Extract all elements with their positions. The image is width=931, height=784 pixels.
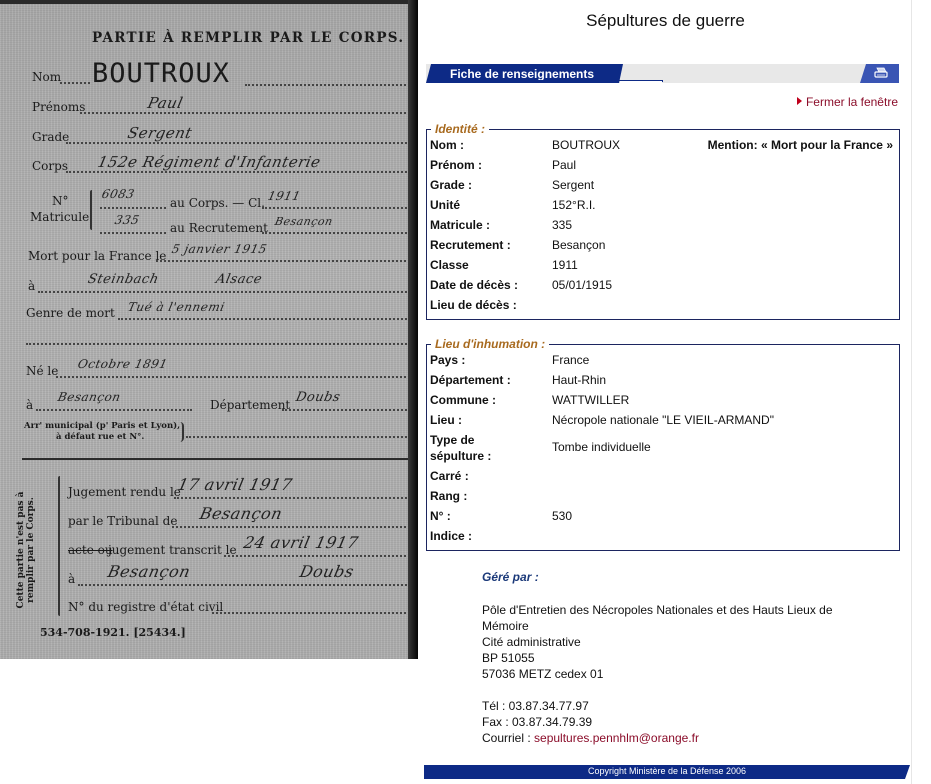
scan-label-ne-a: à [26, 398, 33, 412]
scan-handwritten-date-mort: 5 janvier 1915 [171, 242, 269, 256]
identity-row-prenom: Prénom : Paul [427, 156, 899, 176]
scan-form-number: 534-708-1921. [25434.] [40, 626, 186, 639]
scan-label-arr1: Arr' municipal (p' Paris et Lyon), [24, 421, 180, 431]
scan-label-transcrit: jugement transcrit le [108, 543, 237, 557]
scan-vertical-note: Cette partie n'est pas à remplir par le … [16, 490, 36, 610]
identity-row-grade: Grade : Sergent [427, 176, 899, 196]
scan-handwritten-classe: 1911 [267, 189, 303, 203]
email-link[interactable]: sepultures.pennhlm@orange.fr [534, 731, 699, 745]
burial-row-lieu: Lieu : Nécropole nationale "LE VIEIL-ARM… [427, 411, 899, 431]
scan-label-departement: Département [210, 398, 290, 412]
managed-by-heading: Géré par : [482, 570, 539, 584]
tab-label: Fiche de renseignements [450, 67, 594, 81]
scan-handwritten-corps: 152e Régiment d'Infanterie [96, 153, 322, 171]
copyright-text: Copyright Ministère de la Défense 2006 [424, 766, 910, 776]
identity-row-nom: Nom : BOUTROUX Mention: « Mort pour la F… [427, 136, 899, 156]
scan-label-jugement: Jugement rendu le [68, 485, 181, 499]
phone-number: Tél : 03.87.34.77.97 [482, 698, 902, 714]
panel-border [911, 0, 912, 784]
burial-row-numero: N° : 530 [427, 507, 899, 527]
managing-organization: Pôle d'Entretien des Nécropoles National… [482, 602, 902, 746]
scan-handwritten-transcrit-date: 24 avril 1917 [242, 533, 360, 552]
scan-label-genre: Genre de mort [26, 306, 115, 320]
scan-label-grade: Grade [32, 130, 69, 144]
burial-row-rang: Rang : [427, 487, 899, 507]
address-line1: Cité administrative [482, 634, 902, 650]
scan-handwritten-jugement-date: 17 avril 1917 [176, 475, 294, 494]
identity-row-lieu-deces: Lieu de décès : [427, 296, 899, 316]
scan-label-prenoms: Prénoms [32, 100, 85, 114]
scan-handwritten-region-mort: Alsace [214, 272, 263, 287]
scan-handwritten-departement: Doubs [294, 390, 341, 405]
scan-label-transcrit-struck: acte ou [68, 543, 113, 557]
scan-label-registre: N° du registre d'état civil [68, 600, 223, 614]
burial-row-pays: Pays : France [427, 351, 899, 371]
scan-label-au-recrutement: au Recrutement [170, 221, 268, 235]
scan-handwritten-ne-le: Octobre 1891 [77, 357, 169, 371]
close-window-label: Fermer la fenêtre [806, 95, 898, 109]
scan-label-ne-le: Né le [26, 364, 58, 378]
burial-row-carre: Carré : [427, 467, 899, 487]
fax-number: Fax : 03.87.34.79.39 [482, 714, 902, 730]
email-label: Courriel : [482, 731, 534, 745]
identity-row-date-deces: Date de décès : 05/01/1915 [427, 276, 899, 296]
burial-row-departement: Département : Haut-Rhin [427, 371, 899, 391]
scan-handwritten-genre: Tué à l'ennemi [127, 300, 227, 314]
close-window-link[interactable]: Fermer la fenêtre [797, 95, 898, 109]
scan-handwritten-transcrit-a: Besançon [106, 562, 192, 581]
mention-mort-pour-la-france: Mention: « Mort pour la France » [708, 138, 893, 152]
scan-handwritten-recrutement: Besançon [274, 215, 335, 228]
identity-row-unite: Unité 152°R.I. [427, 196, 899, 216]
scanned-death-record: PARTIE À REMPLIR PAR LE CORPS. Nom BOUTR… [0, 0, 418, 659]
scan-label-nom: Nom [32, 70, 61, 84]
scan-heading: PARTIE À REMPLIR PAR LE CORPS. [92, 30, 404, 46]
identity-row-classe: Classe 1911 [427, 256, 899, 276]
scan-handwritten-lieu-mort: Steinbach [86, 272, 160, 287]
scan-handwritten-ne-a: Besançon [57, 390, 123, 404]
scan-label-tribunal: par le Tribunal de [68, 514, 177, 528]
burial-section: Lieu d'inhumation : Pays : France Départ… [426, 337, 900, 551]
scan-handwritten-prenom: Paul [146, 94, 185, 112]
burial-row-indice: Indice : [427, 527, 899, 547]
scan-label-arr2: à défaut rue et N°. [56, 432, 144, 442]
scan-label-transcrit-a: à [68, 572, 75, 586]
org-name-line1: Pôle d'Entretien des Nécropoles National… [482, 602, 902, 618]
arrow-right-icon [797, 97, 802, 105]
scan-label-corps: Corps [32, 159, 68, 173]
org-name-line2: Mémoire [482, 618, 902, 634]
identity-row-matricule: Matricule : 335 [427, 216, 899, 236]
info-panel: Sépultures de guerre Fiche de renseignem… [420, 0, 911, 784]
page-title: Sépultures de guerre [420, 11, 911, 31]
print-button[interactable] [860, 64, 899, 83]
identity-row-recrutement: Recrutement : Besançon [427, 236, 899, 256]
burial-row-type: Type de sépulture : Tombe individuelle [427, 431, 899, 467]
identity-section: Identité : Nom : BOUTROUX Mention: « Mor… [426, 122, 900, 320]
scan-handwritten-nom: BOUTROUX [92, 58, 230, 89]
scan-label-a: à [28, 279, 35, 293]
address-line2: BP 51055 [482, 650, 902, 666]
identity-legend: Identité : [431, 122, 489, 136]
scan-handwritten-no-corps: 6083 [101, 187, 137, 201]
scan-handwritten-tribunal: Besançon [198, 504, 284, 523]
scan-label-no: N° [52, 194, 69, 208]
scan-handwritten-transcrit-dept: Doubs [298, 562, 356, 581]
scan-label-mort: Mort pour la France le [28, 249, 166, 263]
scan-handwritten-no-recrutement: 335 [114, 213, 141, 227]
address-line3: 57036 METZ cedex 01 [482, 666, 902, 682]
burial-legend: Lieu d'inhumation : [431, 337, 549, 351]
scan-handwritten-grade: Sergent [126, 124, 194, 142]
scan-label-matricule: Matricule. [30, 210, 93, 224]
email-line: Courriel : sepultures.pennhlm@orange.fr [482, 730, 902, 746]
scan-label-au-corps: au Corps. — Cl. [170, 196, 265, 210]
printer-icon [874, 67, 888, 79]
burial-row-commune: Commune : WATTWILLER [427, 391, 899, 411]
